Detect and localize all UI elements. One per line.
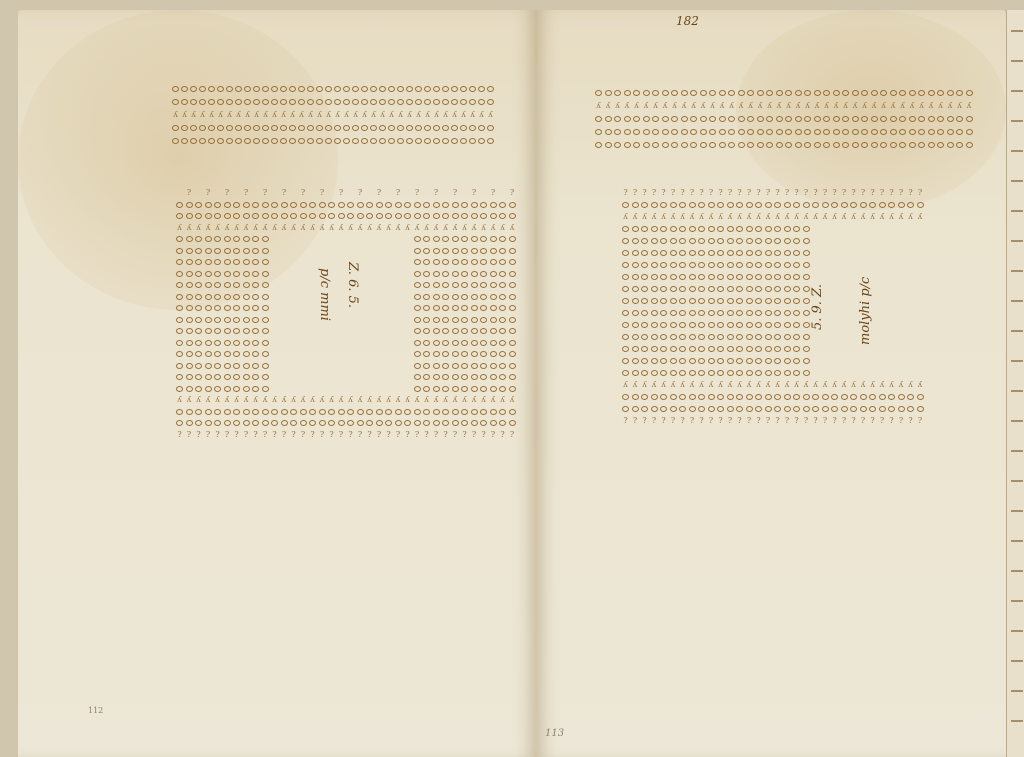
ink-mark (755, 394, 762, 400)
ink-mark (195, 271, 202, 277)
ink-mark (917, 274, 927, 286)
ink-mark (480, 294, 487, 300)
ink-mark (271, 374, 281, 386)
ink-mark: ? (224, 432, 231, 438)
ink-mark (499, 420, 506, 426)
ink-mark (404, 340, 414, 352)
ink-mark (774, 286, 781, 292)
ink-mark: ? (879, 418, 886, 424)
ink-mark: ? (679, 418, 686, 424)
ink-mark (233, 317, 240, 323)
ink-mark (641, 334, 648, 340)
ink-mark (289, 86, 296, 92)
ink-mark (822, 262, 832, 274)
ink-mark (415, 99, 422, 105)
ink-mark (262, 236, 269, 242)
ink-mark: ? (907, 418, 914, 424)
ink-mark (670, 322, 677, 328)
ink-mark (803, 298, 810, 304)
ink-mark (509, 386, 516, 392)
ink-mark (325, 86, 332, 92)
ink-mark (423, 213, 430, 219)
ink-mark (395, 409, 402, 415)
ink-mark (708, 334, 715, 340)
ink-mark (442, 248, 449, 254)
ink-mark: ? (442, 432, 449, 438)
ink-mark (708, 310, 715, 316)
ink-mark: ? (774, 190, 781, 196)
ink-mark (871, 129, 878, 135)
ink-mark (442, 236, 449, 242)
ink-mark (776, 116, 783, 122)
ink-mark (651, 286, 658, 292)
ink-mark (898, 334, 908, 346)
ink-mark (461, 340, 468, 346)
ink-mark (803, 358, 810, 364)
ink-mark (651, 346, 658, 352)
ink-mark (186, 317, 193, 323)
ink-mark (803, 346, 810, 352)
ink-mark (652, 129, 659, 135)
ink-mark: ʎ (822, 382, 829, 388)
ink-mark (698, 370, 705, 376)
ink-mark (385, 351, 395, 363)
ink-mark (793, 226, 800, 232)
ink-mark (357, 213, 364, 219)
ink-mark: ? (831, 418, 838, 424)
ink-mark (433, 386, 440, 392)
ink-mark (423, 328, 430, 334)
ink-mark: ? (689, 190, 696, 196)
ink-mark: ʎ (765, 214, 772, 220)
ink-mark (328, 328, 338, 340)
ink-mark (214, 374, 221, 380)
ink-mark (660, 250, 667, 256)
ink-mark (334, 86, 341, 92)
ink-mark: ʎ (509, 397, 516, 403)
ink-mark (879, 322, 889, 334)
ink-mark (499, 271, 506, 277)
ink-mark: ʎ (195, 225, 202, 231)
ink-mark (679, 310, 686, 316)
ink-mark (595, 116, 602, 122)
ink-mark (841, 334, 851, 346)
ink-mark (205, 328, 212, 334)
ink-mark (480, 363, 487, 369)
ink-mark (793, 238, 800, 244)
ink-mark (214, 248, 221, 254)
ink-mark (651, 406, 658, 412)
ink-mark (395, 351, 405, 363)
ink-mark (217, 86, 224, 92)
ink-mark (338, 317, 348, 329)
ink-mark: ? (471, 432, 478, 438)
ink-mark (822, 238, 832, 250)
ink-mark (803, 226, 810, 232)
ink-mark (388, 125, 395, 131)
ink-mark (452, 305, 459, 311)
ink-mark (423, 340, 430, 346)
ink-mark: ? (490, 432, 497, 438)
ink-mark: ? (176, 432, 183, 438)
ink-mark (309, 409, 316, 415)
ink-mark (907, 358, 917, 370)
ink-mark (252, 317, 259, 323)
ink-mark (804, 142, 811, 148)
ink-mark (700, 142, 707, 148)
ink-mark (670, 346, 677, 352)
ink-mark (755, 310, 762, 316)
ink-mark (319, 374, 329, 386)
ink-mark (243, 340, 250, 346)
ink-mark (698, 406, 705, 412)
ink-mark: ? (433, 432, 440, 438)
ink-mark (424, 86, 431, 92)
ink-mark (727, 274, 734, 280)
ink-mark (850, 226, 860, 238)
ink-mark (841, 202, 848, 208)
ink-mark (708, 262, 715, 268)
ink-mark (708, 322, 715, 328)
ink-mark (690, 129, 697, 135)
ink-mark (271, 86, 278, 92)
ink-mark: ? (803, 190, 810, 196)
handwriting-line (1011, 630, 1023, 632)
ink-mark (928, 90, 935, 96)
ink-mark (689, 298, 696, 304)
ink-mark (841, 238, 851, 250)
ink-mark (841, 406, 848, 412)
ink-mark (956, 116, 963, 122)
ink-mark (319, 248, 329, 260)
ink-mark (689, 358, 696, 364)
ink-mark (614, 90, 621, 96)
ink-mark (176, 386, 183, 392)
ink-mark (937, 116, 944, 122)
ink-mark (812, 226, 822, 238)
ink-mark (414, 213, 421, 219)
ink-mark (784, 322, 791, 328)
page-number-pencil: 113 (545, 728, 564, 739)
ink-mark (614, 129, 621, 135)
ink-mark (290, 351, 300, 363)
ink-mark (717, 238, 724, 244)
ink-mark (471, 386, 478, 392)
ink-mark (214, 340, 221, 346)
ink-mark (262, 86, 269, 92)
ink-mark (727, 262, 734, 268)
ink-mark (262, 409, 269, 415)
ink-mark (651, 238, 658, 244)
ink-mark (708, 202, 715, 208)
ink-mark: ʎ (281, 225, 288, 231)
ink-mark (252, 236, 259, 242)
ink-mark (243, 305, 250, 311)
ink-mark (641, 286, 648, 292)
ink-mark (833, 129, 840, 135)
ink-mark (290, 305, 300, 317)
ink-mark (907, 346, 917, 358)
ink-mark (243, 409, 250, 415)
ink-mark (281, 236, 291, 248)
ink-mark (509, 317, 516, 323)
ink-mark (907, 406, 914, 412)
ink-mark: ʎ (776, 103, 783, 109)
ink-mark (937, 129, 944, 135)
ink-mark: ? (670, 418, 677, 424)
ink-mark: ʎ (708, 214, 715, 220)
ink-mark: ʎ (831, 214, 838, 220)
ink-mark (709, 90, 716, 96)
ink-mark (641, 394, 648, 400)
ink-mark (224, 317, 231, 323)
ink-mark: ? (793, 190, 800, 196)
ink-mark (660, 262, 667, 268)
ink-mark (271, 125, 278, 131)
ink-mark (451, 86, 458, 92)
ink-mark: ? (755, 190, 762, 196)
ink-mark (879, 274, 889, 286)
ink-mark (708, 298, 715, 304)
ink-mark (195, 409, 202, 415)
ink-mark (395, 317, 405, 329)
ink-mark: ? (641, 190, 648, 196)
ink-mark (338, 213, 345, 219)
ink-mark (746, 310, 753, 316)
ink-mark (366, 374, 376, 386)
ink-mark (727, 250, 734, 256)
ink-mark (414, 340, 421, 346)
handwriting-line (1011, 120, 1023, 122)
ink-mark: ʎ (347, 397, 354, 403)
ink-mark (774, 310, 781, 316)
ink-mark (651, 250, 658, 256)
ink-mark (755, 346, 762, 352)
ink-mark (812, 358, 822, 370)
ink-mark (812, 202, 819, 208)
ink-mark (271, 282, 281, 294)
ink-mark (774, 298, 781, 304)
ink-mark (224, 305, 231, 311)
ink-mark (406, 99, 413, 105)
ink-mark (487, 86, 494, 92)
ink-mark (898, 298, 908, 310)
ink-mark (803, 334, 810, 340)
ink-mark (917, 298, 927, 310)
ink-mark (186, 328, 193, 334)
ink-mark (774, 238, 781, 244)
ink-mark: ? (822, 418, 829, 424)
ink-mark (205, 271, 212, 277)
ink-mark (717, 406, 724, 412)
ink-mark (414, 328, 421, 334)
ink-mark (252, 294, 259, 300)
ink-mark: ʎ (233, 225, 240, 231)
ink-mark: ʎ (379, 112, 386, 118)
ink-mark: ? (727, 418, 734, 424)
ink-mark (379, 99, 386, 105)
ink-mark (480, 420, 487, 426)
ink-mark: ? (679, 190, 686, 196)
ink-mark (176, 259, 183, 265)
ink-mark: ? (195, 432, 202, 438)
ink-mark (708, 358, 715, 364)
ink-mark (774, 250, 781, 256)
ink-mark (633, 116, 640, 122)
ink-mark: ʎ (947, 103, 954, 109)
ink-mark (433, 99, 440, 105)
ink-mark (841, 250, 851, 262)
ink-mark (461, 328, 468, 334)
ink-mark (784, 334, 791, 340)
ink-mark (917, 262, 927, 274)
ink-mark (224, 236, 231, 242)
ink-mark (842, 142, 849, 148)
ink-mark (660, 346, 667, 352)
ink-mark (461, 386, 468, 392)
ink-mark (290, 317, 300, 329)
ink-mark (841, 346, 851, 358)
ink-mark (442, 363, 449, 369)
ink-mark (738, 116, 745, 122)
ink-mark (509, 282, 516, 288)
ink-mark (823, 129, 830, 135)
handwriting-line (1011, 150, 1023, 152)
ink-mark (300, 420, 307, 426)
ink-mark: ʎ (728, 103, 735, 109)
ink-mark (490, 213, 497, 219)
ink-mark: ? (784, 418, 791, 424)
ink-mark: ? (319, 432, 326, 438)
ink-mark (199, 86, 206, 92)
ink-mark (812, 346, 822, 358)
ink-mark: ʎ (812, 214, 819, 220)
ink-mark: ʎ (224, 397, 231, 403)
ink-mark (499, 259, 506, 265)
ink-mark: ʎ (622, 382, 629, 388)
ink-mark: ʎ (205, 225, 212, 231)
ink-mark (290, 259, 300, 271)
ink-mark (290, 374, 300, 386)
ink-mark: ʎ (433, 112, 440, 118)
ink-mark (300, 328, 310, 340)
ink-mark: ʎ (471, 397, 478, 403)
ink-mark (205, 259, 212, 265)
ink-mark: ʎ (898, 214, 905, 220)
ink-mark (433, 271, 440, 277)
ink-mark (233, 363, 240, 369)
ink-mark (757, 129, 764, 135)
ink-mark (370, 138, 377, 144)
ink-mark: ʎ (833, 103, 840, 109)
ink-mark (641, 202, 648, 208)
ink-mark (784, 358, 791, 364)
ink-mark (414, 317, 421, 323)
ink-mark (793, 358, 800, 364)
ink-mark (907, 226, 917, 238)
formation-diagram-left: ??????????????????ʎʎʎʎʎʎʎʎʎʎʎʎʎʎʎʎʎʎʎʎʎʎ… (176, 190, 518, 443)
ink-mark (224, 386, 231, 392)
ink-mark: ʎ (290, 397, 297, 403)
ink-mark (471, 351, 478, 357)
ink-mark: ʎ (480, 397, 487, 403)
ink-mark (186, 294, 193, 300)
ink-mark (499, 386, 506, 392)
ink-mark (793, 346, 800, 352)
ink-mark: ʎ (823, 103, 830, 109)
ink-mark (728, 90, 735, 96)
ink-mark (660, 394, 667, 400)
ink-mark (309, 328, 319, 340)
ink-mark (736, 226, 743, 232)
ink-mark (499, 351, 506, 357)
ink-mark (414, 420, 421, 426)
ink-mark (803, 250, 810, 256)
ink-mark (366, 409, 373, 415)
ink-mark (490, 420, 497, 426)
ink-mark (861, 90, 868, 96)
ink-mark (415, 86, 422, 92)
ink-mark: ? (347, 432, 354, 438)
ink-mark (736, 322, 743, 328)
ink-mark: ʎ (641, 214, 648, 220)
ink-mark: ʎ (307, 112, 314, 118)
ink-mark: ʎ (309, 225, 316, 231)
ink-mark: ʎ (300, 397, 307, 403)
ink-mark: ʎ (186, 225, 193, 231)
ink-mark (727, 286, 734, 292)
ink-mark: ʎ (328, 225, 335, 231)
ink-mark: ʎ (595, 103, 602, 109)
ink-mark (698, 358, 705, 364)
handwriting-line (1011, 330, 1023, 332)
ink-mark (357, 420, 364, 426)
ink-mark (328, 363, 338, 375)
ink-mark (290, 420, 297, 426)
ink-mark (205, 248, 212, 254)
handwriting-line (1011, 60, 1023, 62)
ink-mark: ? (841, 190, 848, 196)
ink-mark (717, 358, 724, 364)
ink-mark (243, 236, 250, 242)
ink-mark (271, 363, 281, 375)
ink-mark (214, 386, 221, 392)
ink-mark (205, 213, 212, 219)
ink-mark (622, 238, 629, 244)
ink-mark: ʎ (880, 103, 887, 109)
ink-mark: ? (708, 190, 715, 196)
ink-mark (214, 271, 221, 277)
ink-mark: ʎ (698, 382, 705, 388)
ink-mark (433, 213, 440, 219)
ink-mark (660, 202, 667, 208)
ink-mark (442, 86, 449, 92)
ink-mark (860, 346, 870, 358)
ink-mark (890, 129, 897, 135)
ink-mark (888, 406, 895, 412)
handwriting-line (1011, 450, 1023, 452)
ink-mark: ? (850, 190, 857, 196)
ink-mark (208, 86, 215, 92)
ink-mark: ? (717, 190, 724, 196)
ink-mark (433, 363, 440, 369)
ink-mark (784, 310, 791, 316)
ink-mark (831, 226, 841, 238)
ink-mark (461, 236, 468, 242)
ink-mark (471, 213, 478, 219)
ink-mark: ʎ (195, 397, 202, 403)
ink-mark (746, 226, 753, 232)
